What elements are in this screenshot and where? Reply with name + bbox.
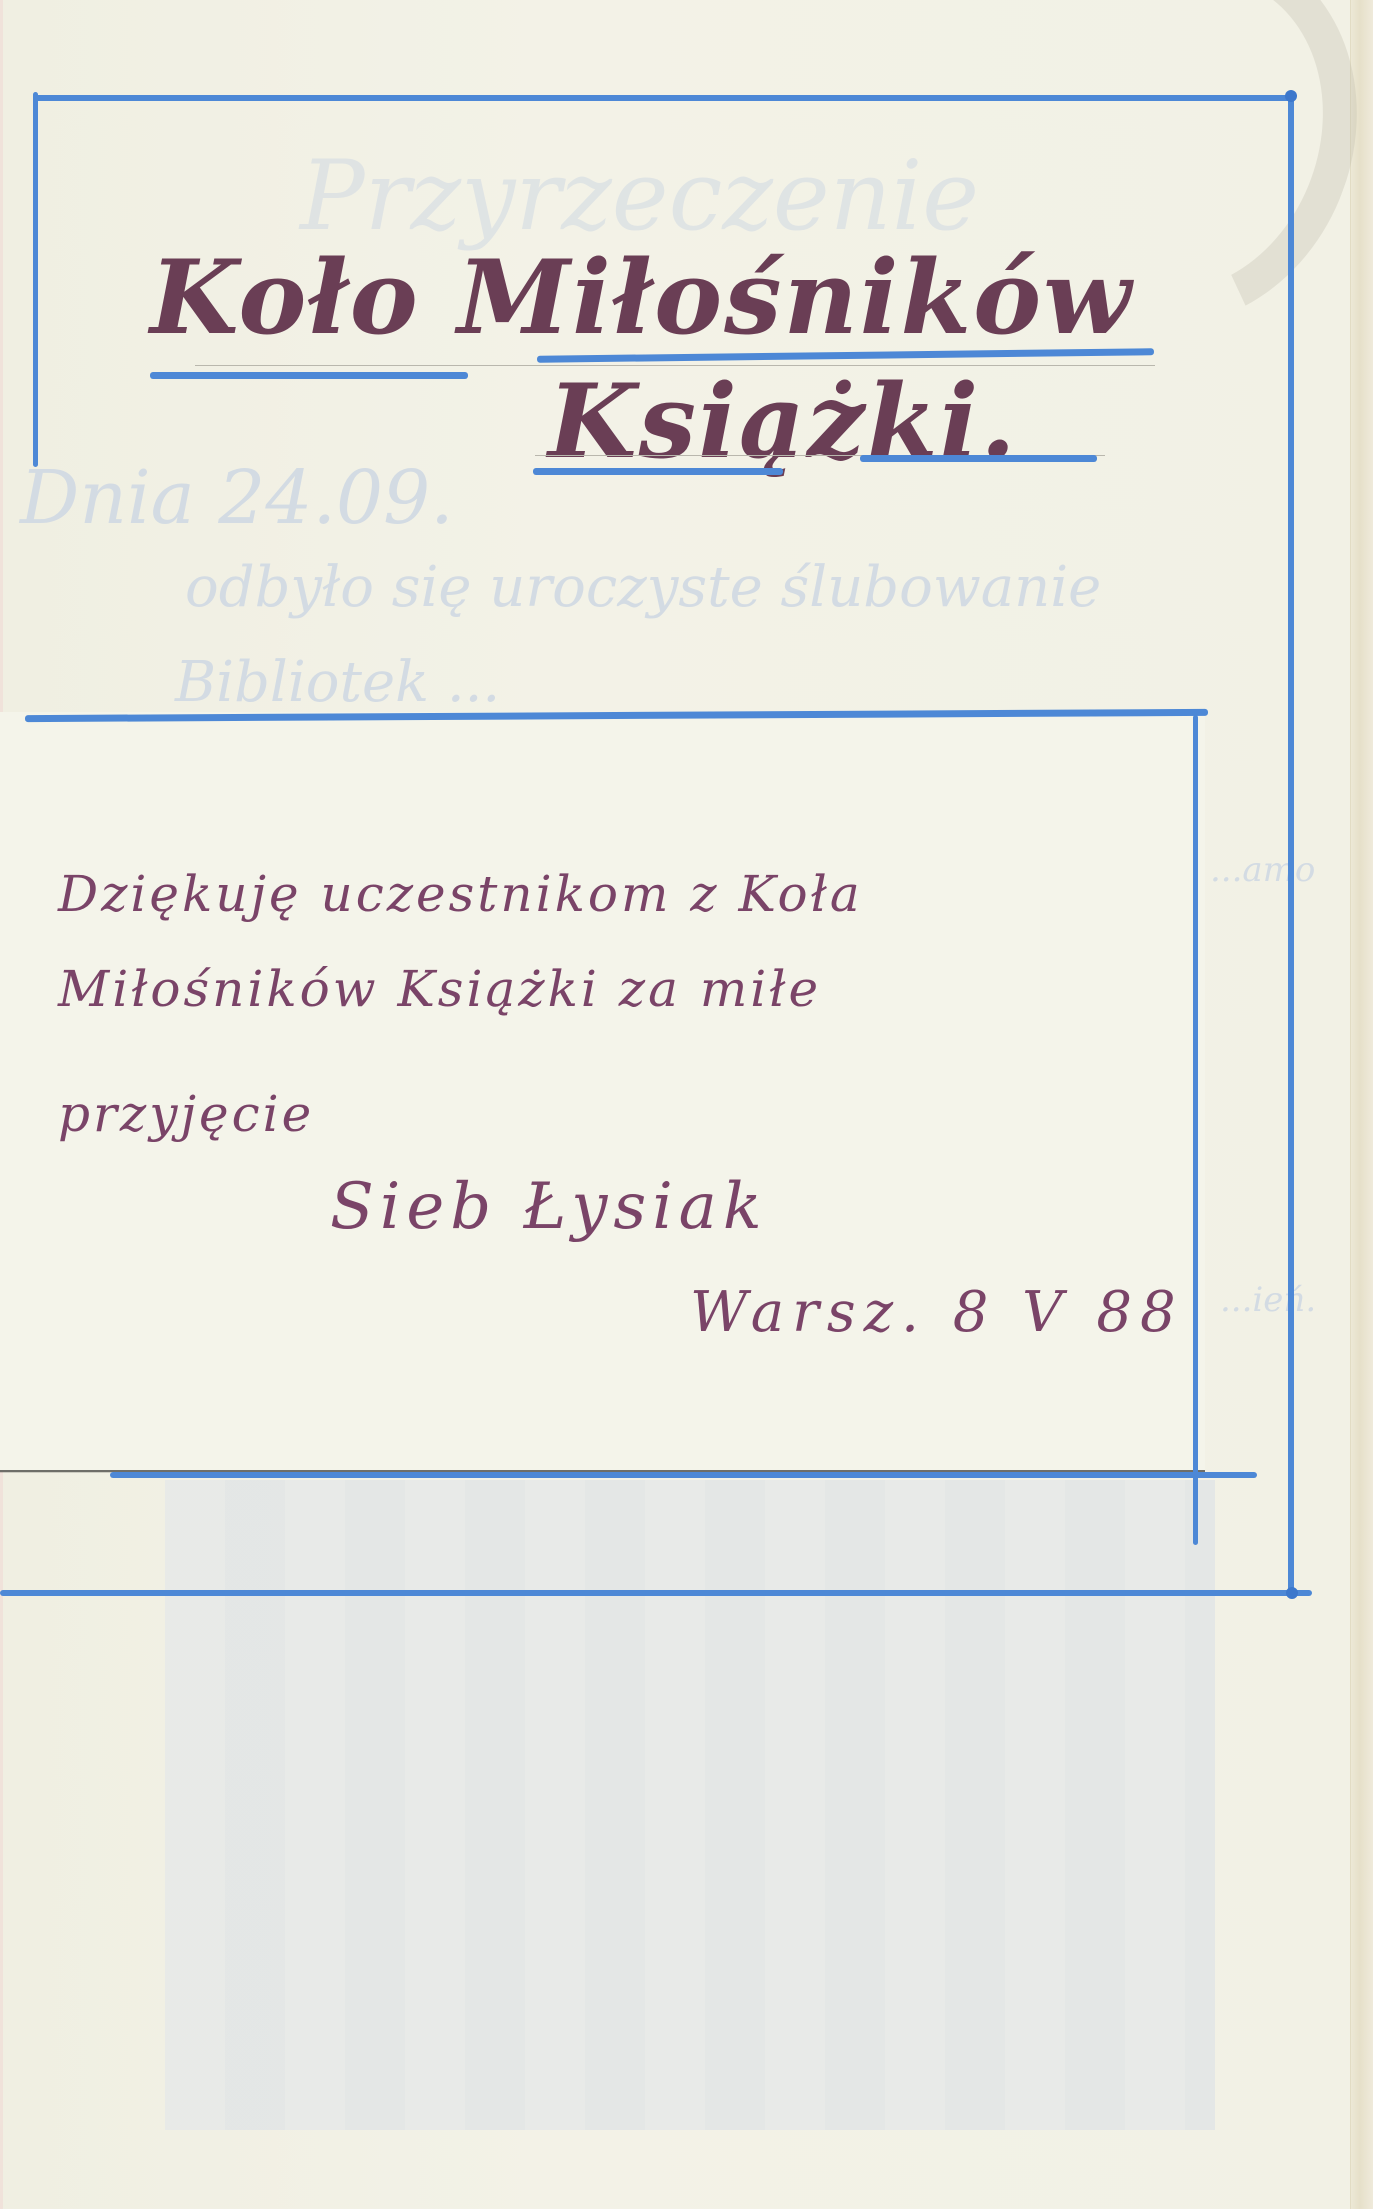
frame-corner-dot <box>1285 90 1297 102</box>
card-bottom-line <box>110 1472 1257 1478</box>
note-line-2: Miłośników Książki za miłe <box>58 960 821 1018</box>
right-page-edge <box>1350 0 1373 2209</box>
frame-top-line <box>35 95 1293 101</box>
show-through-heading: Przyrzeczenie <box>300 140 979 252</box>
title-underline <box>533 468 783 475</box>
frame-right-line <box>1288 95 1294 1595</box>
show-through-fragment-1: ...amo <box>1210 850 1315 890</box>
title-line-2: Książki. <box>548 362 1018 482</box>
signature: Sieb Łysiak <box>330 1170 768 1244</box>
title-line-1: Koło Miłośników <box>150 238 1133 358</box>
show-through-line-2: Bibliotek ... <box>175 650 500 715</box>
title-underline <box>150 372 468 379</box>
frame-left-line <box>33 92 38 467</box>
show-through-line-1: odbyło się uroczyste ślubowanie <box>185 555 1101 620</box>
show-through-photo <box>165 1480 1215 2130</box>
frame-corner-dot <box>1286 1587 1298 1599</box>
card-right-line <box>1193 715 1198 1545</box>
title-underline <box>860 455 1097 462</box>
frame-bottom-line <box>0 1590 1312 1596</box>
show-through-fragment-2: ...ień. <box>1220 1280 1316 1320</box>
place-date: Warsz. 8 V 88 <box>690 1280 1184 1345</box>
show-through-date: Dnia 24.09. <box>20 455 454 541</box>
note-line-1: Dziękuję uczestnikom z Koła <box>58 865 863 923</box>
note-line-3: przyjęcie <box>58 1085 314 1143</box>
pencil-guide-line <box>195 365 1155 366</box>
